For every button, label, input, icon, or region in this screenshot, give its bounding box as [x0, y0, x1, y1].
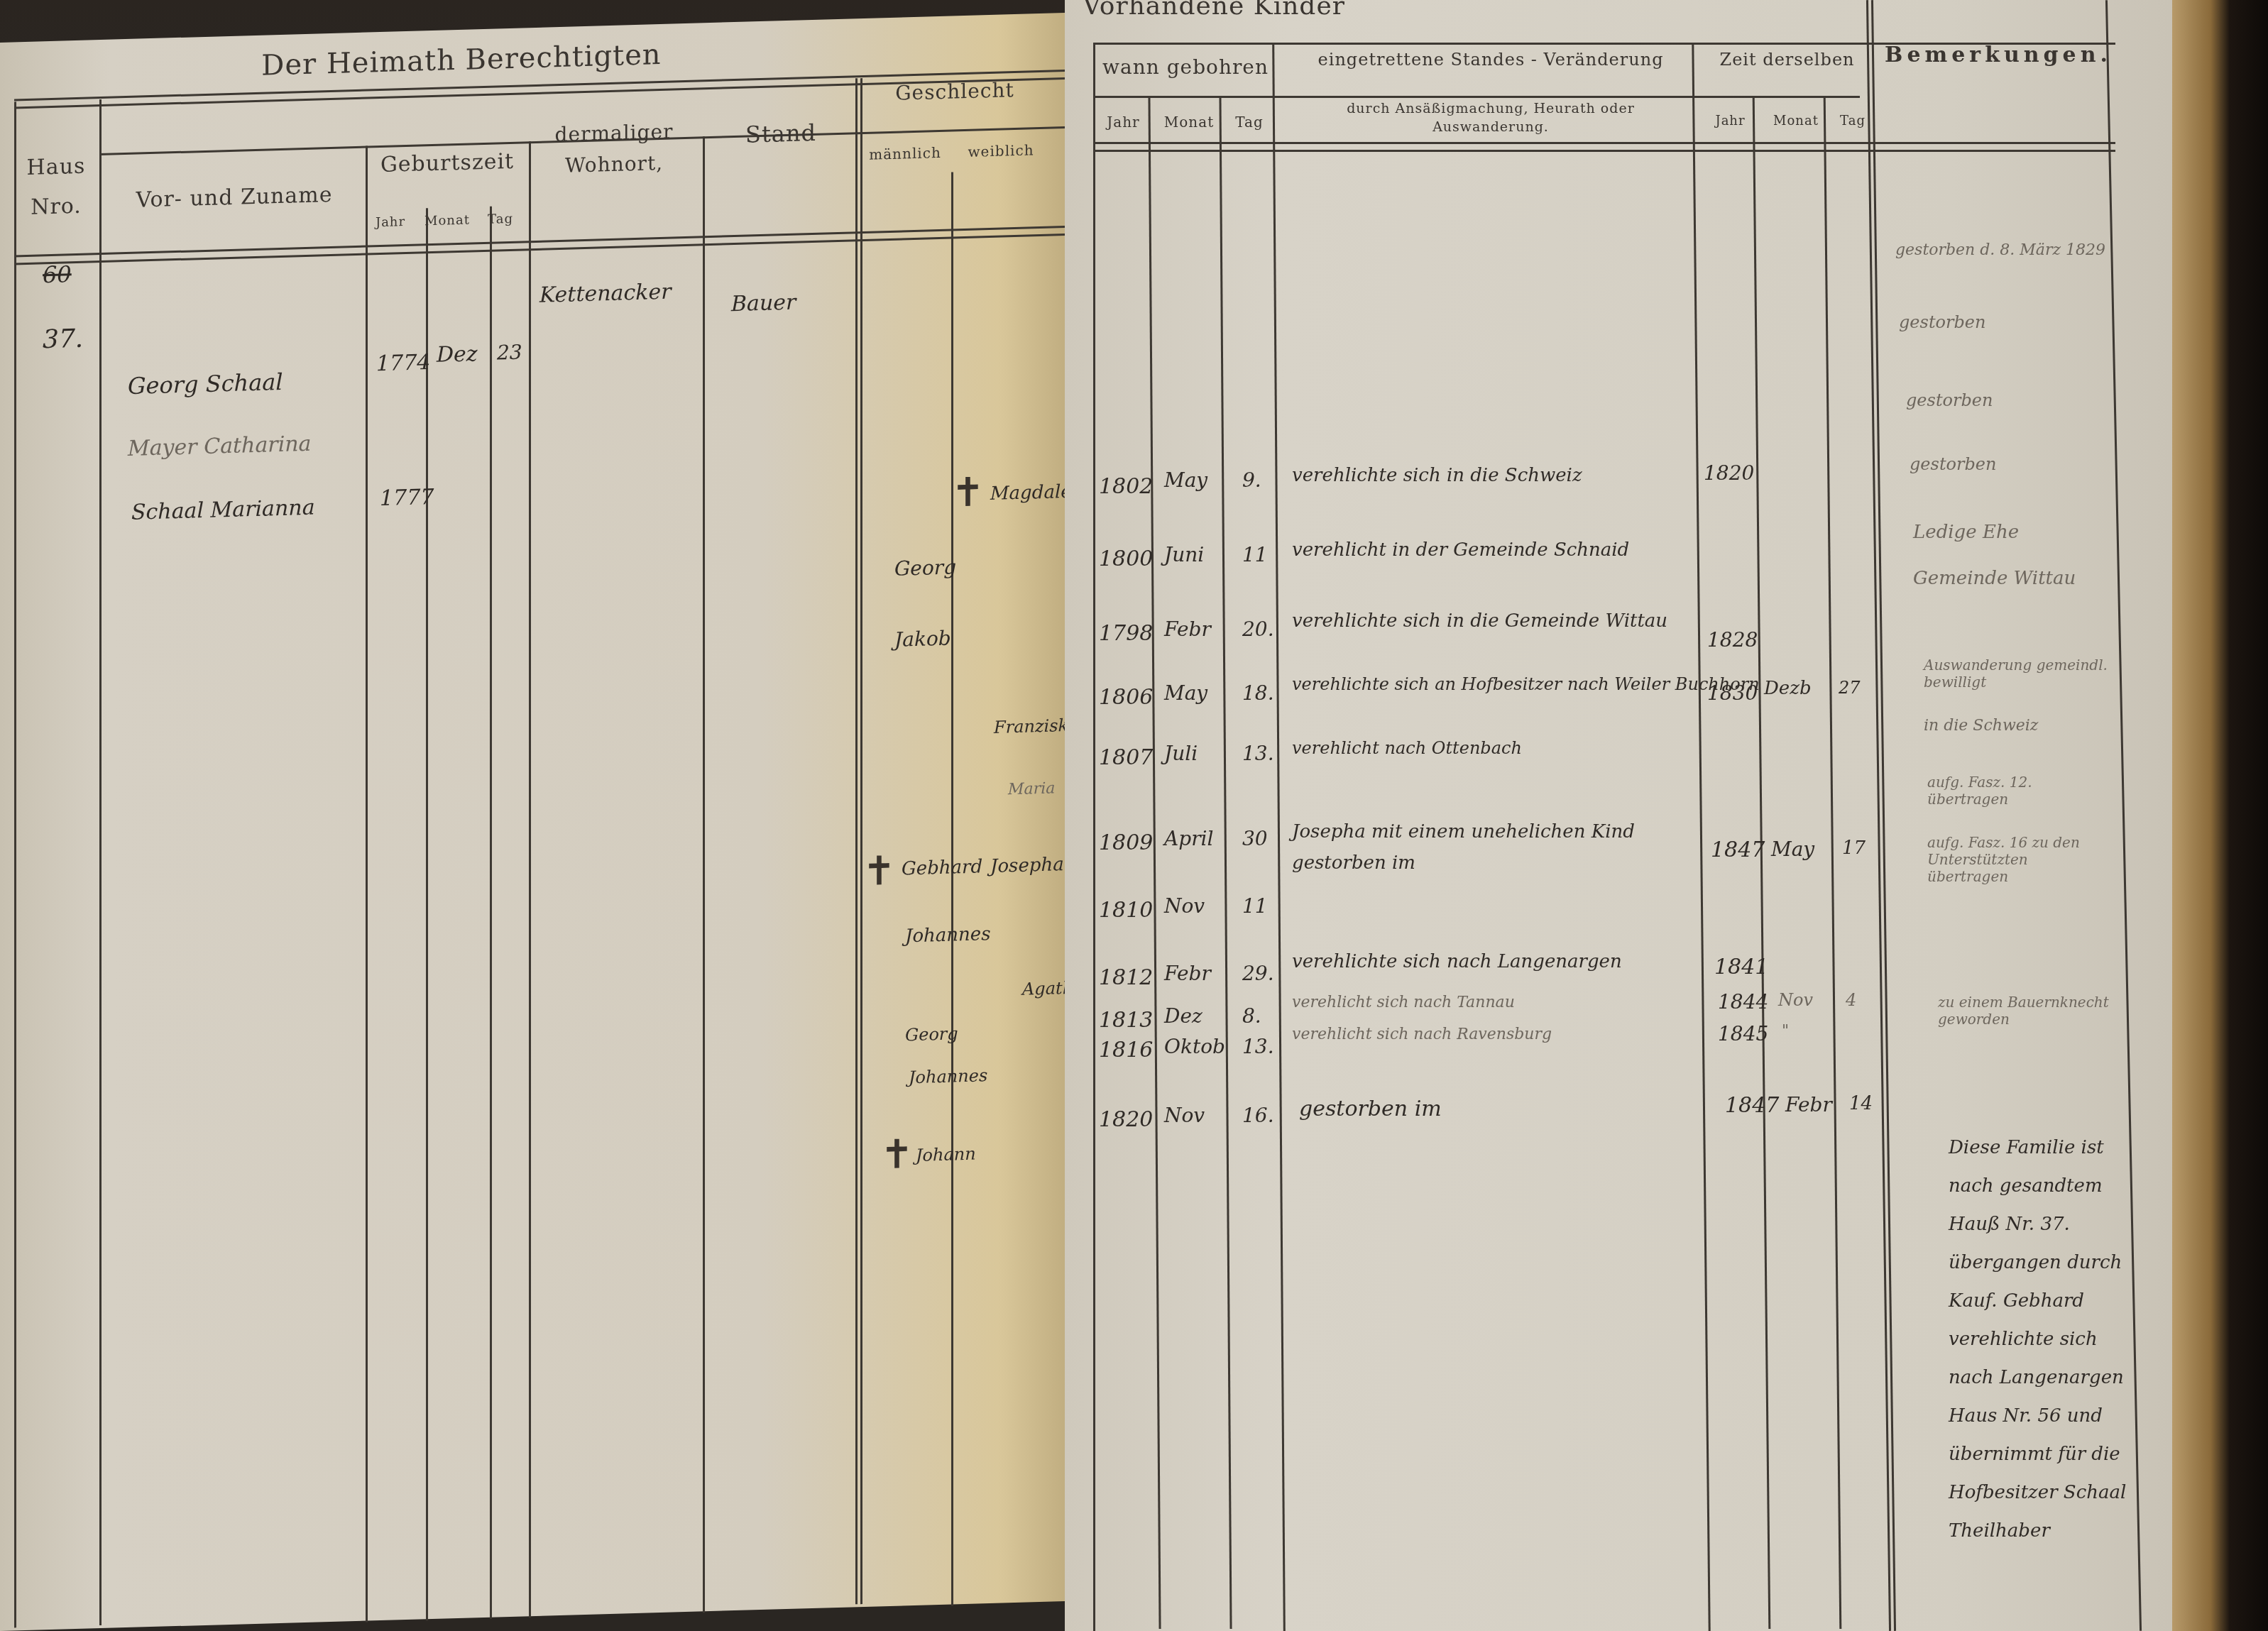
header-geburtszeit: Geburtszeit: [369, 148, 525, 177]
birth-day: 13.: [1242, 1035, 1274, 1058]
birth-month: April: [1164, 827, 1213, 850]
birth-month: May: [1164, 681, 1207, 705]
child-male-name: Gebhard: [902, 856, 982, 879]
column-rule: [99, 99, 102, 1625]
status-change: verehlichte sich nach Langenargen: [1292, 951, 1622, 972]
remark: gestorben: [1910, 454, 1996, 474]
birth-year: 1810: [1099, 898, 1153, 923]
column-rule: [1866, 0, 1891, 1631]
header-wohnort: dermaliger Wohnort,: [532, 116, 696, 182]
birth-day: 16.: [1242, 1104, 1274, 1127]
remark: gestorben: [1906, 390, 1993, 410]
status-change: verehlicht nach Ottenbach: [1292, 738, 1522, 758]
change-year: 1847: [1725, 1093, 1779, 1118]
remark: gestorben: [1899, 312, 1985, 332]
child-male-name: Johannes: [909, 1065, 987, 1087]
column-rule: [1148, 96, 1161, 1629]
birth-month: Oktob: [1164, 1035, 1225, 1058]
column-rule: [14, 101, 16, 1627]
birth-day: 20.: [1242, 617, 1274, 641]
birth-month: Febr: [1164, 617, 1211, 641]
header-weiblich: weiblich: [955, 141, 1047, 161]
remark: zu einem Bauernknecht geworden: [1938, 994, 2115, 1028]
column-rule: [490, 207, 492, 1619]
column-rule: [951, 172, 953, 1605]
column-rule: [1753, 96, 1771, 1629]
child-male-name: Jakob: [894, 627, 951, 652]
entry-name: Georg Schaal: [128, 368, 283, 400]
change-year: 1830: [1707, 681, 1758, 705]
change-year: 1828: [1707, 628, 1758, 652]
column-rule: [1272, 43, 1286, 1631]
birth-month: Nov: [1164, 894, 1205, 918]
right-page: Vorhandene Kinder wann gebohren Jahr Mon…: [1065, 0, 2172, 1631]
change-day: 4: [1846, 990, 1856, 1010]
status-change: Josepha mit einem unehelichen Kind gesto…: [1292, 816, 1689, 879]
status-change: verehlichte sich an Hofbesitzer nach Wei…: [1292, 674, 1760, 694]
column-rule: [1824, 96, 1842, 1629]
birth-month: Juli: [1164, 742, 1198, 765]
remark: Ledige Ehe: [1913, 522, 2019, 543]
change-year: 1844: [1718, 990, 1768, 1014]
remark: aufg. Fasz. 16 zu den Unterstützten über…: [1927, 834, 2112, 885]
banner-vorhandene-kinder: Vorhandene Kinder: [1065, 0, 1363, 21]
birth-day: 11: [1242, 543, 1268, 566]
column-rule: [1692, 43, 1710, 1631]
remark: in die Schweiz: [1924, 717, 2038, 735]
change-month: Nov: [1778, 990, 1813, 1010]
header-vor-und-zuname: Vor- und Zuname: [106, 182, 362, 214]
column-rule: [703, 136, 705, 1613]
banner-heimath-berechtigten: Der Heimath Berechtigten: [213, 37, 710, 84]
status-change: verehlicht sich nach Ravensburg: [1292, 1026, 1552, 1043]
change-year: 1820: [1704, 461, 1754, 485]
birth-year: 1800: [1099, 547, 1153, 571]
header-geschlecht: Geschlecht: [859, 77, 1051, 106]
birth-month: Nov: [1164, 1104, 1205, 1127]
birth-day: 8.: [1242, 1004, 1261, 1028]
header-haus-nro: Haus Nro.: [17, 146, 95, 228]
entry-stand: Bauer: [731, 290, 796, 317]
entry-name: Schaal Marianna: [131, 495, 315, 525]
column-rule: [1093, 43, 1095, 1631]
change-year: 1845: [1718, 1022, 1768, 1045]
status-change: verehlichte sich in die Schweiz: [1292, 465, 1582, 486]
birth-day: 13.: [1242, 742, 1274, 765]
status-change: verehlichte sich in die Gemeinde Wittau: [1292, 610, 1667, 632]
remark: Auswanderung gemeindl. bewilligt: [1924, 657, 2108, 691]
child-male-name: Johann: [916, 1144, 976, 1165]
open-register-book: Der Heimath Berechtigten Haus Nro. Vor- …: [0, 0, 2268, 1631]
child-male-name: Johannes: [905, 923, 991, 947]
birth-year: 1809: [1099, 830, 1153, 855]
change-day: 27: [1839, 678, 1861, 698]
change-year: 1847: [1711, 838, 1765, 862]
change-day: 14: [1849, 1093, 1873, 1114]
birth-day: 9.: [1242, 468, 1261, 492]
status-change: verehlicht in der Gemeinde Schnaid: [1292, 539, 1629, 561]
birth-year: 1816: [1099, 1038, 1153, 1062]
child-female-name: Josepha: [990, 854, 1064, 877]
header-zeit-jahr: Jahr: [1700, 114, 1760, 128]
column-rule: [529, 141, 531, 1618]
birth-month: Febr: [1164, 962, 1211, 985]
struck-house-number: 60: [43, 260, 72, 288]
birth-year: 1820: [1099, 1107, 1153, 1132]
header-zeit-derselben: Zeit derselben: [1700, 50, 1874, 70]
birth-month: Dez: [1164, 1004, 1203, 1028]
birth-year: 1812: [1099, 965, 1153, 990]
header-wann-gebohren: wann gebohren: [1093, 55, 1278, 79]
header-maennlich: männlich: [859, 144, 951, 164]
header-mid-rule: [1093, 96, 1860, 98]
book-edge: [2172, 0, 2268, 1631]
header-geburt-jahr: Jahr: [369, 214, 412, 231]
birth-year: 1802: [1099, 474, 1153, 499]
remark: gestorben d. 8. März 1829: [1895, 241, 2105, 259]
child-male-name: Georg: [894, 555, 956, 580]
header-stand: Stand: [710, 118, 852, 149]
house-number: 37.: [43, 324, 83, 355]
header-bottom-rule: [14, 226, 1065, 265]
birth-month: May: [1164, 468, 1207, 492]
header-geb-jahr: Jahr: [1093, 114, 1154, 131]
birth-year: 1806: [1099, 685, 1153, 710]
column-rule: [426, 208, 428, 1620]
remark: aufg. Fasz. 12. übertragen: [1927, 774, 2112, 808]
change-month: Dezb: [1764, 678, 1812, 699]
column-rule: [366, 146, 368, 1622]
birth-day: 30: [1242, 827, 1268, 850]
birth-day: 11: [1242, 894, 1268, 918]
column-rule: [1871, 0, 1896, 1631]
child-female-name: Maria: [1008, 779, 1055, 798]
entry-birth-month: Dez: [437, 341, 478, 368]
child-male-name: Georg: [905, 1023, 958, 1045]
header-geb-monat: Monat: [1154, 114, 1225, 131]
entry-birth-day: 23: [497, 340, 522, 364]
status-change: verehlicht sich nach Tannau: [1292, 994, 1515, 1011]
change-year: 1841: [1714, 955, 1768, 979]
birth-month: Juni: [1164, 543, 1204, 566]
entry-birth-year: 1774: [376, 350, 430, 376]
header-geburt-tag: Tag: [483, 212, 518, 227]
header-bemerkungen: Bemerkungen.: [1881, 43, 2115, 67]
change-day: 17: [1842, 838, 1866, 859]
header-geb-tag: Tag: [1225, 114, 1274, 131]
birth-day: 18.: [1242, 681, 1274, 705]
left-page: Der Heimath Berechtigten Haus Nro. Vor- …: [0, 12, 1086, 1631]
header-standes-veraenderung: eingetrettene Standes - Veränderung: [1278, 50, 1704, 70]
birth-year: 1813: [1099, 1008, 1153, 1033]
birth-year: 1798: [1099, 621, 1153, 646]
header-bottom-rule: [1093, 142, 2115, 152]
remark-family-transfer: Diese Familie ist nach gesandtem Hauß Nr…: [1949, 1128, 2133, 1550]
entry-name: Mayer Catharina: [128, 432, 311, 461]
death-cross-icon: ✝: [862, 848, 896, 895]
column-rule: [1219, 96, 1232, 1629]
remark: Gemeinde Wittau: [1913, 568, 2076, 589]
column-rule: [860, 78, 862, 1604]
entry-wohnort: Kettenacker: [539, 280, 672, 308]
change-month: ": [1782, 1022, 1789, 1040]
change-month: May: [1771, 838, 1814, 861]
header-standes-sub: durch Ansäßigmachung, Heurath oder Auswa…: [1299, 99, 1682, 136]
death-cross-icon: ✝: [951, 469, 985, 516]
birth-day: 29.: [1242, 962, 1274, 985]
death-cross-icon: ✝: [880, 1131, 914, 1178]
status-change: gestorben im: [1299, 1097, 1442, 1121]
change-month: Febr: [1785, 1093, 1832, 1116]
column-rule: [855, 78, 858, 1604]
birth-year: 1807: [1099, 745, 1153, 770]
entry-birth-year: 1777: [380, 485, 434, 511]
header-zeit-monat: Monat: [1760, 114, 1831, 128]
